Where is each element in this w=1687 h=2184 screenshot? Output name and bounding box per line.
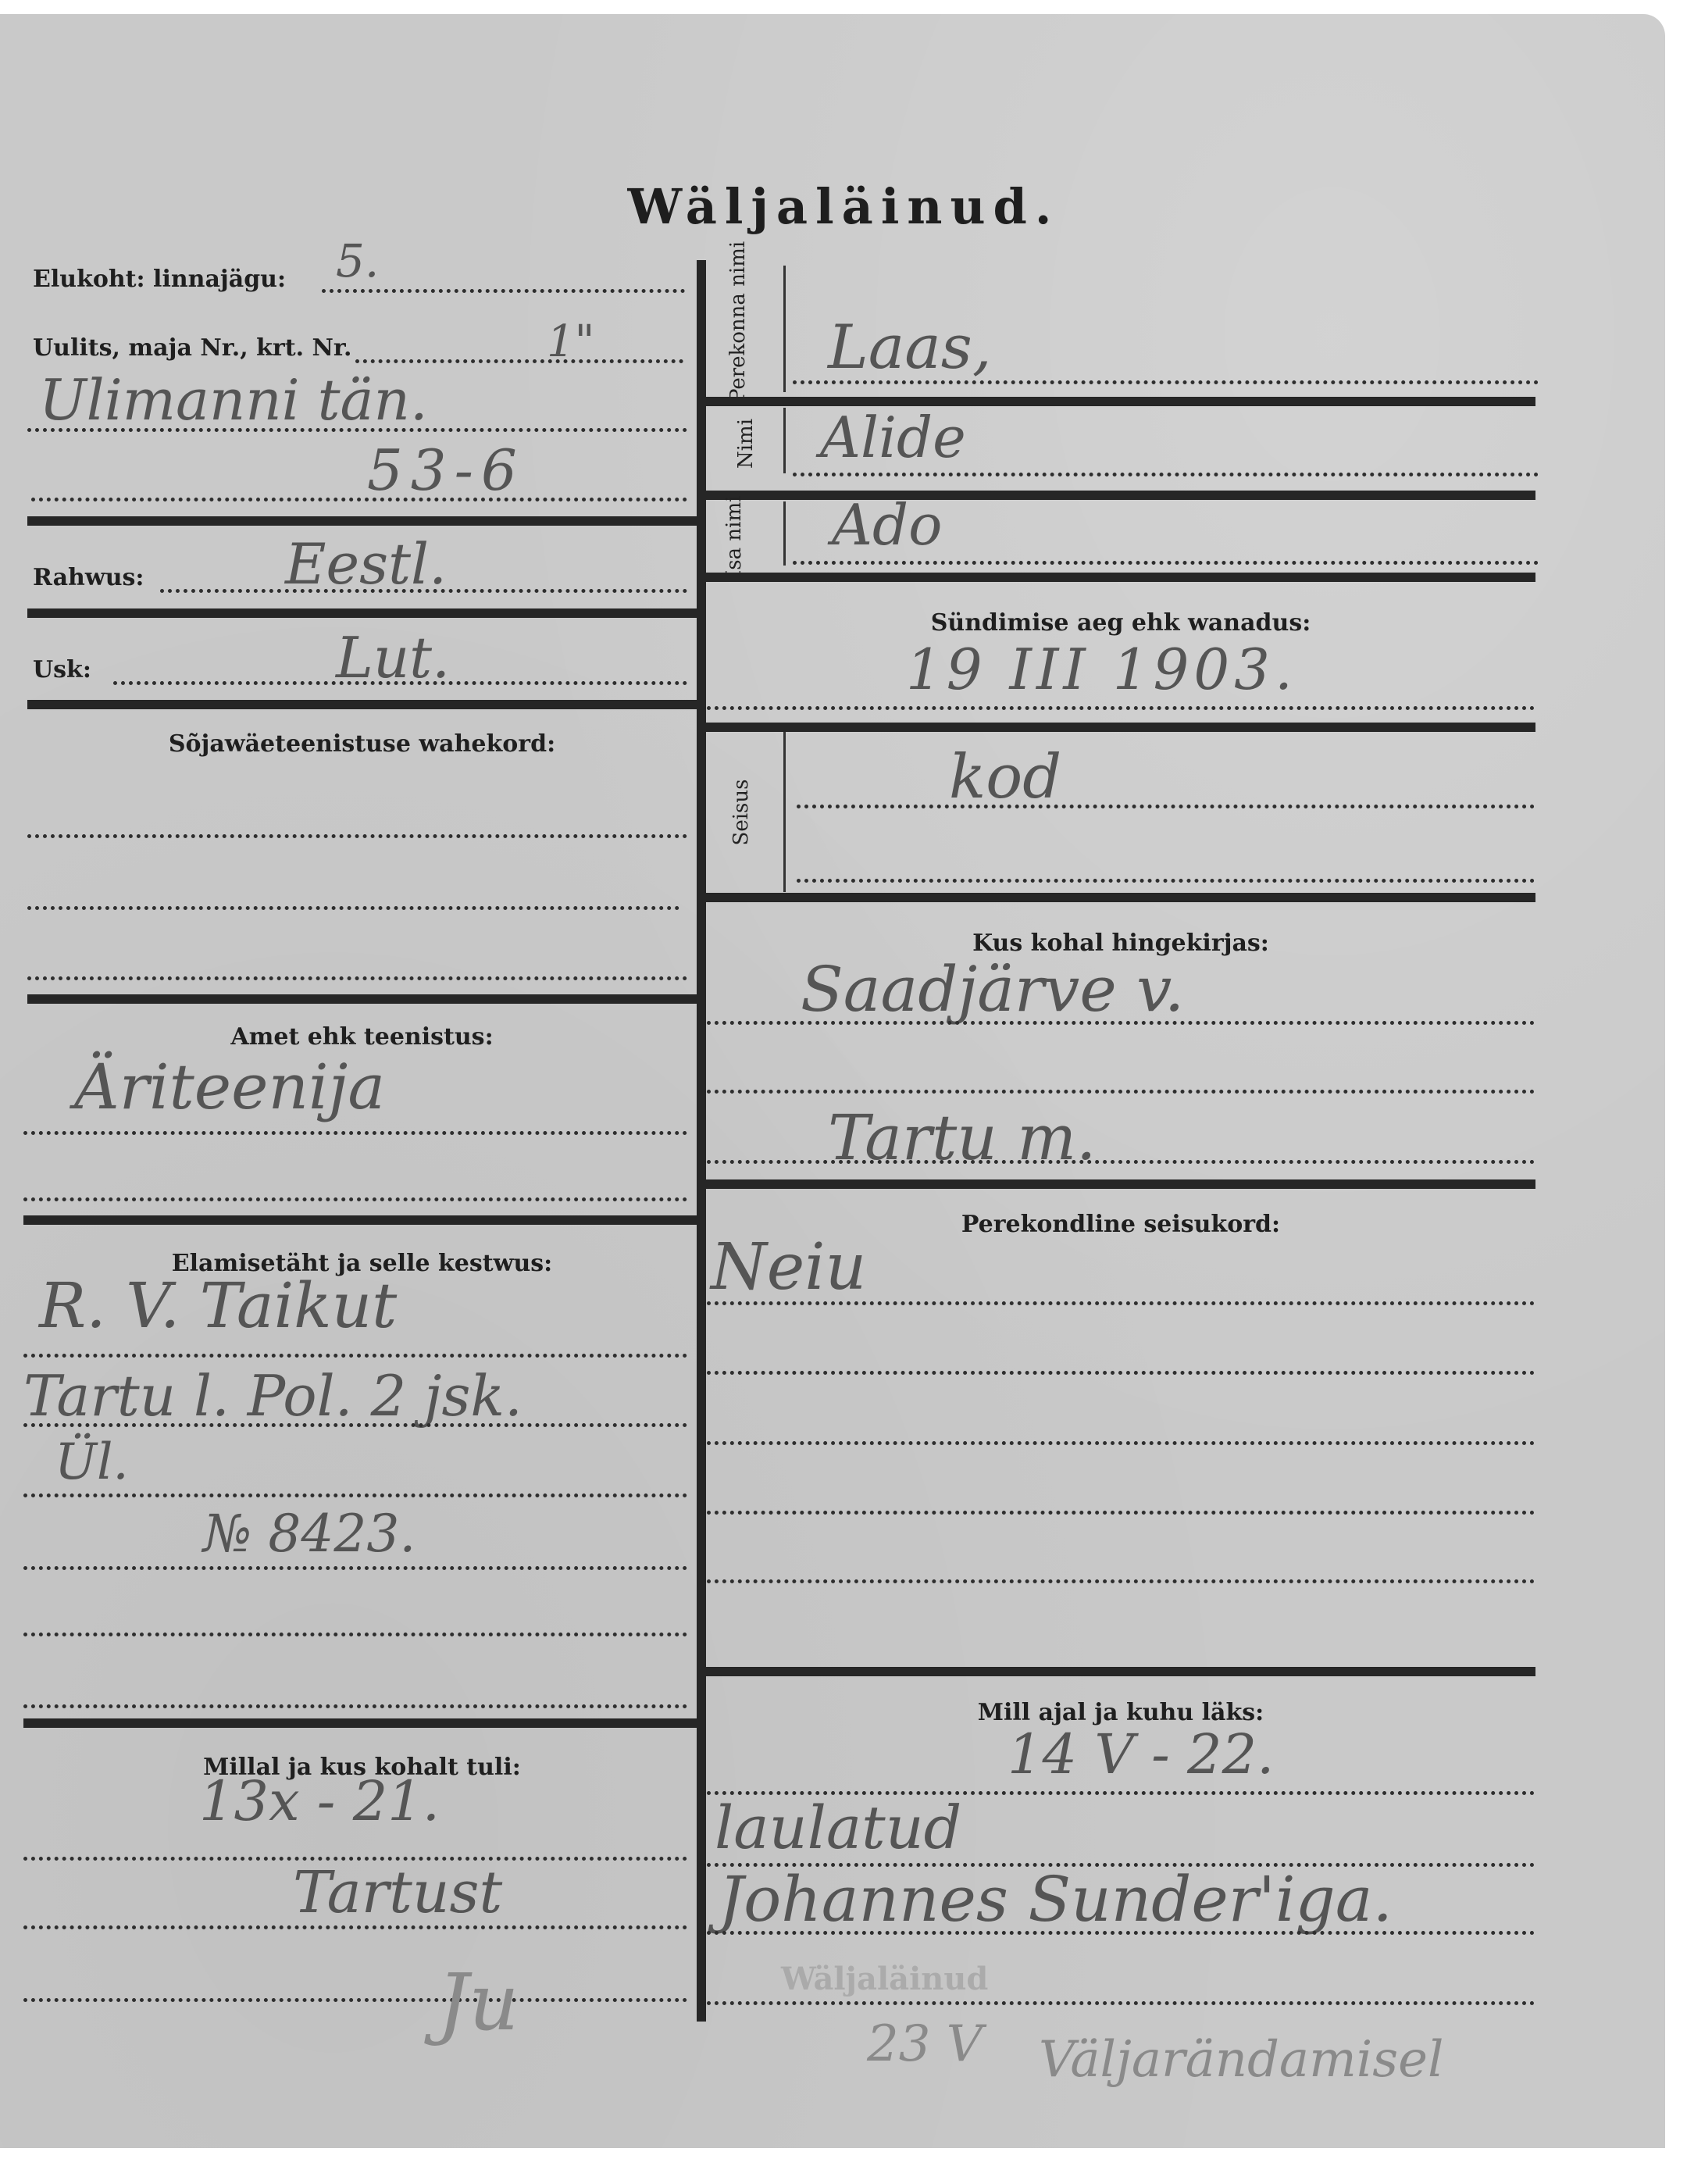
nimi-label: Nimi <box>734 412 765 475</box>
nimi-line <box>793 473 1539 476</box>
elamisetaht-line-3 <box>23 1493 687 1497</box>
perekondline-line-5 <box>707 1579 1535 1583</box>
left-rule-2 <box>27 608 697 618</box>
perekondline-value: Neiu <box>711 1230 866 1304</box>
elamisetaht-value-2: Tartu l. Pol. 2 jsk. <box>23 1363 523 1429</box>
seisus-line-2 <box>797 879 1535 883</box>
uulits-value-2: Ulimanni tän. <box>39 367 428 433</box>
form-title: Wäljaläinud. <box>0 178 1687 235</box>
pencil-note-text: Väljarändamisel <box>1039 2031 1443 2089</box>
elamisetaht-line-5 <box>23 1633 687 1636</box>
kus-kohal-value-1: Saadjärve v. <box>801 953 1184 1026</box>
pencil-note-date: 23 V <box>867 2015 983 2073</box>
sojawae-line-1 <box>27 834 687 838</box>
right-rule-4 <box>706 723 1535 732</box>
right-rule-2 <box>706 491 1535 500</box>
elukoht-line <box>322 289 685 293</box>
elamisetaht-line-1 <box>23 1354 687 1358</box>
mill-ajal-line-3 <box>707 1931 1535 1935</box>
sojawae-label: Sõjawäeteenistuse wahekord: <box>27 730 697 758</box>
millal-value-2: Tartust <box>293 1859 502 1926</box>
uulits-line-3 <box>31 498 687 501</box>
seisus-value: kod <box>949 742 1061 812</box>
mill-ajal-value-3: Johannes Sunder'iga. <box>719 1863 1393 1936</box>
usk-label: Usk: <box>33 656 91 683</box>
uulits-label: Uulits, maja Nr., krt. Nr. <box>33 334 351 362</box>
center-divider <box>697 260 706 2022</box>
left-rule-5 <box>23 1215 697 1225</box>
amet-label: Amet ehk teenistus: <box>27 1023 697 1051</box>
right-rule-5 <box>706 893 1535 902</box>
elamisetaht-line-4 <box>23 1566 687 1570</box>
rahwus-value: Eestl. <box>285 531 447 597</box>
uulits-value-3: 53-6 <box>367 437 525 503</box>
elamisetaht-line-2 <box>23 1423 687 1427</box>
kus-kohal-line-2 <box>707 1090 1535 1094</box>
name-block-divider <box>783 266 786 392</box>
seisus-line-1 <box>797 805 1535 808</box>
perekonna-label: Perekonna nimi <box>726 277 773 402</box>
left-rule-3 <box>27 700 697 709</box>
kus-kohal-line-3 <box>707 1160 1535 1164</box>
perekondline-line-2 <box>707 1371 1535 1375</box>
amet-line-1 <box>23 1131 687 1135</box>
perekondline-line-4 <box>707 1511 1535 1515</box>
elamisetaht-value-4: № 8423. <box>203 1504 416 1564</box>
synnimise-value: 19 III 1903. <box>906 637 1297 702</box>
elamisetaht-value-3: Ül. <box>55 1433 129 1491</box>
mill-ajal-value-1: 14 V - 22. <box>1008 1722 1274 1786</box>
elukoht-value: 5. <box>336 234 379 287</box>
elamisetaht-line-6 <box>23 1704 687 1708</box>
perekonna-line <box>793 380 1539 384</box>
seisus-divider <box>783 732 786 892</box>
sojawae-line-3 <box>27 976 687 980</box>
uulits-line-2 <box>27 428 687 432</box>
millal-value-1: 13x - 21. <box>199 1769 440 1833</box>
faded-stamp: Wäljaläinud <box>781 1961 988 1997</box>
perekonna-value: Laas, <box>828 312 992 383</box>
mill-ajal-value-2: laulatud <box>715 1793 961 1862</box>
nimi-value: Alide <box>820 405 966 470</box>
left-rule-4 <box>27 994 697 1004</box>
mill-ajal-line-4 <box>707 2001 1535 2005</box>
left-rule-6 <box>23 1718 697 1728</box>
usk-value: Lut. <box>336 625 450 691</box>
right-rule-3 <box>706 573 1535 582</box>
perekondline-line-3 <box>707 1441 1535 1445</box>
synnimise-label: Sündimise aeg ehk wanadus: <box>706 609 1535 637</box>
sojawae-line-2 <box>27 906 679 910</box>
isa-value: Ado <box>832 492 942 558</box>
kus-kohal-line-1 <box>707 1021 1535 1025</box>
nimi-divider <box>783 408 786 473</box>
signature-initials: Ju <box>437 1957 519 2048</box>
isa-line <box>793 561 1539 565</box>
uulits-value-1: 1" <box>547 316 594 367</box>
amet-line-2 <box>23 1197 687 1201</box>
perekondline-line-1 <box>707 1301 1535 1305</box>
rahwus-label: Rahwus: <box>33 564 144 591</box>
seisus-label: Seisus <box>729 773 761 851</box>
elukoht-label: Elukoht: linnajägu: <box>33 266 286 293</box>
millal-line-3 <box>23 1998 687 2002</box>
isa-label: Isa nimi <box>722 500 769 578</box>
amet-value: Äriteenija <box>74 1051 385 1123</box>
left-rule-1 <box>27 516 697 526</box>
elamisetaht-value-1: R. V. Taikut <box>39 1269 397 1342</box>
isa-divider <box>783 501 786 566</box>
millal-line-2 <box>23 1925 687 1929</box>
right-rule-6 <box>706 1179 1535 1189</box>
right-rule-7 <box>706 1667 1535 1676</box>
synnimise-line <box>707 706 1535 710</box>
uulits-line-1 <box>355 359 683 363</box>
